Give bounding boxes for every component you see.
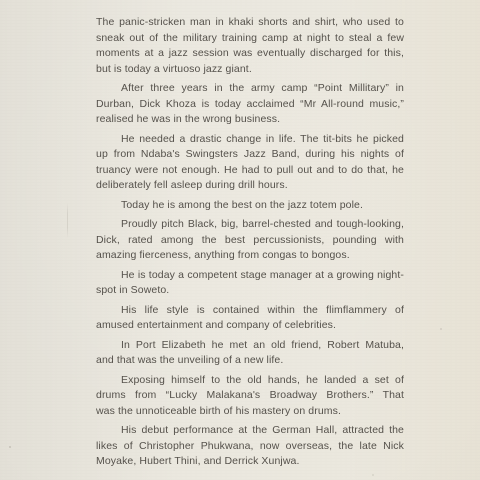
text-line: amused entertainment and company of cele… xyxy=(96,318,404,334)
text-line: drums from “Lucky Malakana's Broadway Br… xyxy=(96,388,404,404)
text-line: moments at a jazz session was eventually… xyxy=(96,46,404,62)
text-line: Moyake, Hubert Thini, and Derrick Xunjwa… xyxy=(96,454,404,470)
text-line: and that was the unveiling of a new life… xyxy=(96,353,404,369)
text-line: sneak out of the military training camp … xyxy=(96,31,404,47)
text-line: He needed a drastic change in life. The … xyxy=(96,132,404,148)
paragraph: He needed a drastic change in life. The … xyxy=(96,132,404,194)
text-line: amazing fierceness, anything from congas… xyxy=(96,248,404,264)
paper-speck xyxy=(440,328,442,330)
text-line: Exposing himself to the old hands, he la… xyxy=(96,373,404,389)
text-line: Dick, rated among the best percussionist… xyxy=(96,233,404,249)
text-line: His debut performance at the German Hall… xyxy=(96,423,404,439)
paragraph: Proudly pitch Black, big, barrel-chested… xyxy=(96,217,404,264)
paragraph: He is today a competent stage manager at… xyxy=(96,268,404,299)
text-line: The panic-stricken man in khaki shorts a… xyxy=(96,15,404,31)
text-line: spot in Soweto. xyxy=(96,283,404,299)
paper-speck xyxy=(372,474,374,476)
text-line: After three years in the army camp “Poin… xyxy=(96,81,404,97)
text-line: up from Ndaba's Swingsters Jazz Band, du… xyxy=(96,147,404,163)
body-text-block: The panic-stricken man in khaki shorts a… xyxy=(96,15,404,474)
paragraph: His debut performance at the German Hall… xyxy=(96,423,404,470)
paragraph: Today he is among the best on the jazz t… xyxy=(96,198,404,214)
text-line: Today he is among the best on the jazz t… xyxy=(96,198,404,214)
text-line: Proudly pitch Black, big, barrel-chested… xyxy=(96,217,404,233)
text-line: realised he was in the wrong business. xyxy=(96,112,404,128)
paper-speck xyxy=(205,58,207,60)
paragraph: Exposing himself to the old hands, he la… xyxy=(96,373,404,420)
scanned-page: The panic-stricken man in khaki shorts a… xyxy=(0,0,480,480)
paragraph: His life style is contained within the f… xyxy=(96,303,404,334)
paper-crease xyxy=(67,203,68,238)
paragraph: In Port Elizabeth he met an old friend, … xyxy=(96,338,404,369)
text-line: Durban, Dick Khoza is today acclaimed “M… xyxy=(96,97,404,113)
text-line: truancy were not enough. He had to pull … xyxy=(96,163,404,179)
paragraph: After three years in the army camp “Poin… xyxy=(96,81,404,128)
paper-speck xyxy=(9,446,11,448)
text-line: In Port Elizabeth he met an old friend, … xyxy=(96,338,404,354)
text-line: was the unnoticeable birth of his master… xyxy=(96,404,404,420)
text-line: deliberately fell asleep during drill ho… xyxy=(96,178,404,194)
text-line: His life style is contained within the f… xyxy=(96,303,404,319)
text-line: but is today a virtuoso jazz giant. xyxy=(96,62,404,78)
paragraph: The panic-stricken man in khaki shorts a… xyxy=(96,15,404,77)
text-line: likes of Christopher Phukwana, now overs… xyxy=(96,439,404,455)
text-line: He is today a competent stage manager at… xyxy=(96,268,404,284)
